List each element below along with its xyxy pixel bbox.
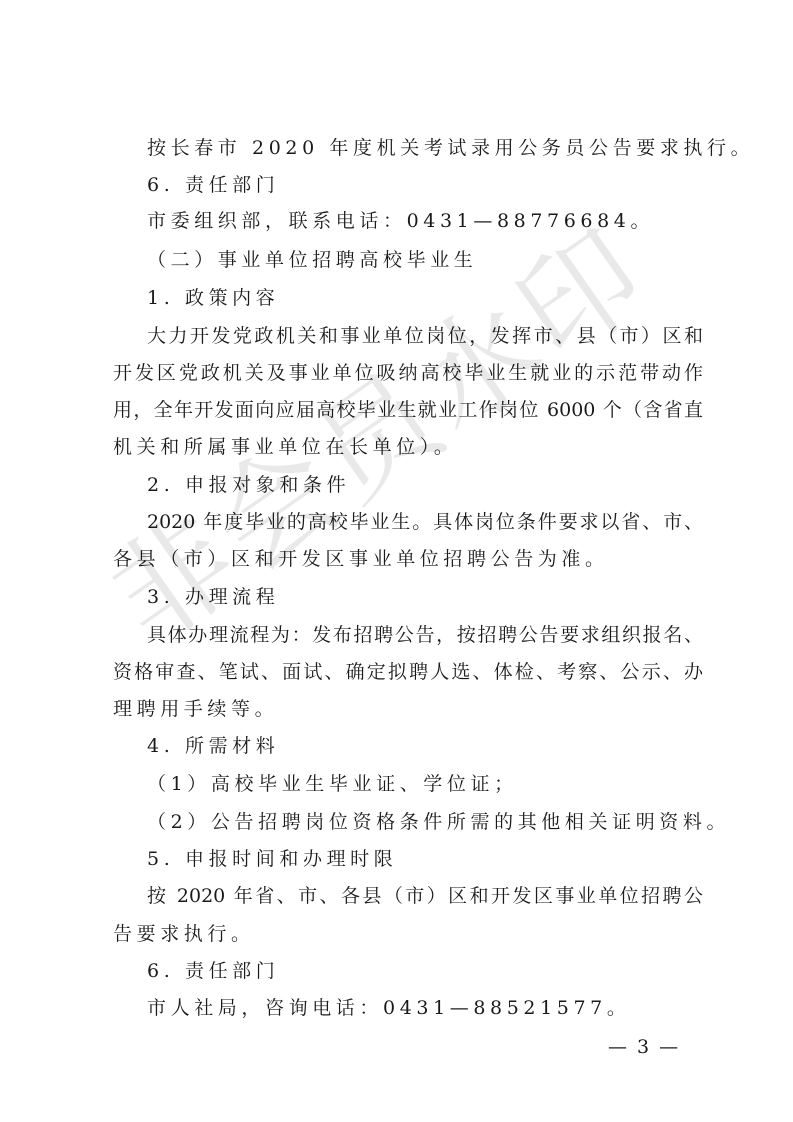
list-item: （2）公告招聘岗位资格条件所需的其他相关证明资料。 — [147, 804, 703, 841]
paragraph-line: 理聘用手续等。 — [113, 691, 703, 728]
paragraph-line: 按 2020 年省、市、各县（市）区和开发区事业单位招聘公 — [147, 878, 703, 915]
section-heading: 2. 申报对象和条件 — [147, 467, 703, 504]
section-heading: 6. 责任部门 — [147, 167, 703, 204]
section-heading: 5. 申报时间和办理时限 — [147, 841, 703, 878]
paragraph-line: 市委组织部，联系电话：0431—88776684。 — [147, 203, 703, 240]
list-item: （1）高校毕业生毕业证、学位证； — [147, 766, 703, 803]
section-heading: 6. 责任部门 — [147, 953, 703, 990]
section-heading: （二）事业单位招聘高校毕业生 — [147, 242, 703, 279]
paragraph-line: 各县（市）区和开发区事业单位招聘公告为准。 — [113, 541, 703, 578]
paragraph-line: 机关和所属事业单位在长单位）。 — [113, 429, 703, 466]
document-page: 非会员水印 按长春市 2020 年度机关考试录用公务员公告要求执行。 6. 责任… — [0, 0, 793, 1122]
paragraph-line: 大力开发党政机关和事业单位岗位，发挥市、县（市）区和 — [147, 318, 703, 355]
paragraph-line: 市人社局，咨询电话：0431—88521577。 — [147, 990, 703, 1027]
paragraph-line: 资格审查、笔试、面试、确定拟聘人选、体检、考察、公示、办 — [113, 654, 703, 691]
page-number: — 3 — — [608, 1032, 680, 1062]
paragraph-line: 按长春市 2020 年度机关考试录用公务员公告要求执行。 — [147, 130, 703, 167]
paragraph-line: 用，全年开发面向应届高校毕业生就业工作岗位 6000 个（含省直 — [113, 392, 703, 429]
section-heading: 1. 政策内容 — [147, 280, 703, 317]
section-heading: 4. 所需材料 — [147, 728, 703, 765]
section-heading: 3. 办理流程 — [147, 579, 703, 616]
paragraph-line: 开发区党政机关及事业单位吸纳高校毕业生就业的示范带动作 — [113, 355, 703, 392]
paragraph-line: 告要求执行。 — [113, 916, 703, 953]
paragraph-line: 2020 年度毕业的高校毕业生。具体岗位条件要求以省、市、 — [147, 504, 703, 541]
paragraph-line: 具体办理流程为：发布招聘公告，按招聘公告要求组织报名、 — [147, 617, 703, 654]
